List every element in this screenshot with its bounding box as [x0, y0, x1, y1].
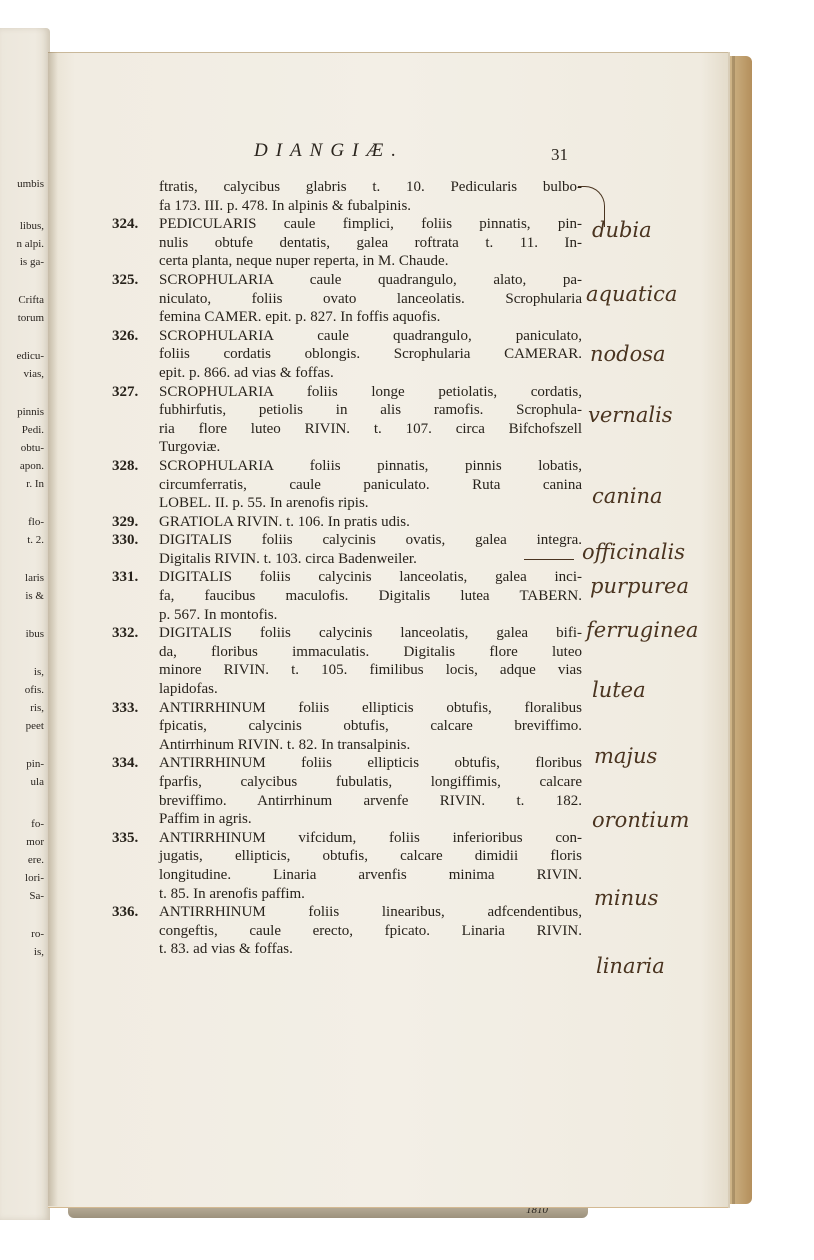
entry-item: 328.SCROPHULARIA foliis pinnatis, pinnis…: [112, 457, 582, 513]
entry-item: 332.DIGITALIS foliis calycinis lanceolat…: [112, 624, 582, 698]
entry-line: SCROPHULARIA caule quadrangulo, alato, p…: [159, 271, 582, 290]
left-page-text-fragment: is &: [25, 590, 44, 602]
entry-text: ANTIRRHINUM vifcidum, foliis inferioribu…: [159, 829, 582, 903]
left-page-text-fragment: vias,: [24, 368, 44, 380]
left-page-text-fragment: ere.: [28, 854, 44, 866]
left-page-text-fragment: umbis: [17, 178, 44, 190]
marginal-annotation: nodosa: [590, 342, 666, 366]
running-head: DIANGIÆ.: [254, 140, 404, 162]
entry-line: DIGITALIS foliis calycinis ovatis, galea…: [159, 531, 582, 550]
entry-line: ANTIRRHINUM foliis linearibus, adfcenden…: [159, 903, 582, 922]
entry-text: SCROPHULARIA caule quadrangulo, panicula…: [159, 327, 582, 383]
entry-text: DIGITALIS foliis calycinis lanceolatis, …: [159, 568, 582, 624]
entry-item: 336.ANTIRRHINUM foliis linearibus, adfce…: [112, 903, 582, 959]
entry-text: ANTIRRHINUM foliis linearibus, adfcenden…: [159, 903, 582, 959]
entry-line: t. 85. In arenofis paffim.: [159, 885, 582, 904]
entry-line: Digitalis RIVIN. t. 103. circa Badenweil…: [159, 550, 582, 569]
entry-line: ftratis, calycibus glabris t. 10. Pedicu…: [159, 178, 582, 197]
left-page-text-fragment: apon.: [20, 460, 44, 472]
left-page-text-fragment: r. In: [26, 478, 44, 490]
left-page-text-fragment: is ga-: [20, 256, 44, 268]
entry-line: ANTIRRHINUM vifcidum, foliis inferioribu…: [159, 829, 582, 848]
entry-number: 331.: [112, 568, 159, 624]
left-page-text-fragment: n alpi.: [17, 238, 45, 250]
entry-number: 334.: [112, 754, 159, 828]
entry-item: 324.PEDICULARIS caule fimplici, foliis p…: [112, 215, 582, 271]
entry-item: 327.SCROPHULARIA foliis longe petiolatis…: [112, 383, 582, 457]
entry-number: 335.: [112, 829, 159, 903]
entry-text: PEDICULARIS caule fimplici, foliis pinna…: [159, 215, 582, 271]
entry-text: SCROPHULARIA foliis pinnatis, pinnis lob…: [159, 457, 582, 513]
entry-number: 336.: [112, 903, 159, 959]
left-page-text-fragment: laris: [25, 572, 44, 584]
entry-item: 331.DIGITALIS foliis calycinis lanceolat…: [112, 568, 582, 624]
entry-line: fa 173. III. p. 478. In alpinis & fubalp…: [159, 197, 582, 216]
entry-text: DIGITALIS foliis calycinis ovatis, galea…: [159, 531, 582, 568]
entry-item: 326.SCROPHULARIA caule quadrangulo, pani…: [112, 327, 582, 383]
entry-line: longitudine. Linaria arvenfis minima RIV…: [159, 866, 582, 885]
left-page-text-fragment: libus,: [20, 220, 44, 232]
entry-line: foliis cordatis oblongis. Scrophularia C…: [159, 345, 582, 364]
left-page-text-fragment: Crifta: [18, 294, 44, 306]
entry-item: 335.ANTIRRHINUM vifcidum, foliis inferio…: [112, 829, 582, 903]
entry-line: minore RIVIN. t. 105. fimilibus locis, a…: [159, 661, 582, 680]
entry-line: fpicatis, calycinis obtufis, calcare bre…: [159, 717, 582, 736]
left-page-text-fragment: ofis.: [25, 684, 44, 696]
left-page-text-fragment: pinnis: [17, 406, 44, 418]
entry-line: certa planta, neque nuper reperta, in M.…: [159, 252, 582, 271]
left-page-text-fragment: torum: [18, 312, 44, 324]
entry-line: circumferratis, caule paniculato. Ruta c…: [159, 476, 582, 495]
entry-number: 330.: [112, 531, 159, 568]
entry-line: niculato, foliis ovato lanceolatis. Scro…: [159, 290, 582, 309]
entry-line: fubhirfutis, petiolis in alis ramofis. S…: [159, 401, 582, 420]
entry-line: PEDICULARIS caule fimplici, foliis pinna…: [159, 215, 582, 234]
entry-number: 333.: [112, 699, 159, 755]
entry-line: DIGITALIS foliis calycinis lanceolatis, …: [159, 568, 582, 587]
entry-line: da, floribus immaculatis. Digitalis flor…: [159, 643, 582, 662]
left-page-text-fragment: flo-: [28, 516, 44, 528]
entry-line: p. 567. In montofis.: [159, 606, 582, 625]
entry-text: DIGITALIS foliis calycinis lanceolatis, …: [159, 624, 582, 698]
left-page-text-fragment: t. 2.: [27, 534, 44, 546]
entry-line: nulis obtufe dentatis, galea roftrata t.…: [159, 234, 582, 253]
entry-line: fa, faucibus maculofis. Digitalis lutea …: [159, 587, 582, 606]
left-page-text-fragment: is,: [34, 946, 44, 958]
entry-line: ANTIRRHINUM foliis ellipticis obtufis, f…: [159, 754, 582, 773]
entry-text: SCROPHULARIA caule quadrangulo, alato, p…: [159, 271, 582, 327]
marginal-annotation: canina: [592, 484, 663, 508]
left-page-text-fragment: ibus: [26, 628, 44, 640]
entry-item: 000.ftratis, calycibus glabris t. 10. Pe…: [112, 178, 582, 215]
left-page-text-fragment: ris,: [30, 702, 44, 714]
entry-number: 326.: [112, 327, 159, 383]
entry-line: fparfis, calycibus fubulatis, longiffimi…: [159, 773, 582, 792]
left-page-text-fragment: Sa-: [29, 890, 44, 902]
marginal-annotation: minus: [594, 886, 658, 910]
marginal-annotation: linaria: [596, 954, 665, 978]
entry-item: 330.DIGITALIS foliis calycinis ovatis, g…: [112, 531, 582, 568]
marginal-annotation: dubia: [592, 218, 652, 242]
entry-line: SCROPHULARIA foliis pinnatis, pinnis lob…: [159, 457, 582, 476]
marginal-annotation: officinalis: [582, 540, 685, 564]
entry-number: 332.: [112, 624, 159, 698]
left-page-text-fragment: edicu-: [17, 350, 44, 362]
entry-line: breviffimo. Antirrhinum arvenfe RIVIN. t…: [159, 792, 582, 811]
entry-line: ANTIRRHINUM foliis ellipticis obtufis, f…: [159, 699, 582, 718]
entry-line: t. 83. ad vias & foffas.: [159, 940, 582, 959]
entry-text: GRATIOLA RIVIN. t. 106. In pratis udis.: [159, 513, 582, 532]
entry-number: 324.: [112, 215, 159, 271]
entry-line: Antirrhinum RIVIN. t. 82. In transalpini…: [159, 736, 582, 755]
margin-dash-mark: [524, 559, 574, 560]
left-page-text-fragment: peet: [26, 720, 44, 732]
entry-number: 328.: [112, 457, 159, 513]
entry-text: ftratis, calycibus glabris t. 10. Pedicu…: [159, 178, 582, 215]
entry-number: 325.: [112, 271, 159, 327]
left-page-text-fragment: obtu-: [21, 442, 44, 454]
page-number: 31: [551, 145, 568, 165]
entry-line: Turgoviæ.: [159, 438, 582, 457]
entry-number: 327.: [112, 383, 159, 457]
entry-line: LOBEL. II. p. 55. In arenofis ripis.: [159, 494, 582, 513]
left-page-text-fragment: ula: [31, 776, 44, 788]
left-page-text-fragment: fo-: [31, 818, 44, 830]
left-page-text-fragment: Pedi.: [22, 424, 44, 436]
entry-line: epit. p. 866. ad vias & foffas.: [159, 364, 582, 383]
marginal-annotation: majus: [594, 744, 657, 768]
marginal-annotation: aquatica: [586, 282, 677, 306]
entry-item: 325.SCROPHULARIA caule quadrangulo, alat…: [112, 271, 582, 327]
entry-line: SCROPHULARIA caule quadrangulo, panicula…: [159, 327, 582, 346]
marginal-annotation: purpurea: [590, 574, 689, 598]
entry-line: GRATIOLA RIVIN. t. 106. In pratis udis.: [159, 513, 582, 532]
marginal-annotation: orontium: [592, 808, 689, 832]
entry-text: ANTIRRHINUM foliis ellipticis obtufis, f…: [159, 699, 582, 755]
left-page-text-fragment: lori-: [25, 872, 44, 884]
left-page-text-fragment: ro-: [31, 928, 44, 940]
entry-text: ANTIRRHINUM foliis ellipticis obtufis, f…: [159, 754, 582, 828]
entry-item: 334.ANTIRRHINUM foliis ellipticis obtufi…: [112, 754, 582, 828]
entry-text: SCROPHULARIA foliis longe petiolatis, co…: [159, 383, 582, 457]
left-page-text-fragment: is,: [34, 666, 44, 678]
entry-number: 329.: [112, 513, 159, 532]
entry-item: 329.GRATIOLA RIVIN. t. 106. In pratis ud…: [112, 513, 582, 532]
left-page-edge: umbislibus,n alpi.is ga-Criftatorumedicu…: [0, 28, 50, 1220]
entry-line: congeftis, caule erecto, fpicato. Linari…: [159, 922, 582, 941]
marginal-annotation: lutea: [592, 678, 646, 702]
entry-item: 333.ANTIRRHINUM foliis ellipticis obtufi…: [112, 699, 582, 755]
gutter-shadow: [48, 52, 58, 1206]
entry-line: jugatis, ellipticis, obtufis, calcare di…: [159, 847, 582, 866]
marginal-annotation: ferruginea: [586, 618, 698, 642]
entry-line: femina CAMER. epit. p. 827. In foffis aq…: [159, 308, 582, 327]
entry-line: SCROPHULARIA foliis longe petiolatis, co…: [159, 383, 582, 402]
entry-line: lapidofas.: [159, 680, 582, 699]
entry-line: Paffim in agris.: [159, 810, 582, 829]
entry-line: ria flore luteo RIVIN. t. 107. circa Bif…: [159, 420, 582, 439]
marginal-annotation: vernalis: [588, 403, 673, 427]
entry-line: DIGITALIS foliis calycinis lanceolatis, …: [159, 624, 582, 643]
left-page-text-fragment: mor: [26, 836, 44, 848]
left-page-text-fragment: pin-: [26, 758, 44, 770]
entry-list: 000.ftratis, calycibus glabris t. 10. Pe…: [112, 178, 582, 959]
